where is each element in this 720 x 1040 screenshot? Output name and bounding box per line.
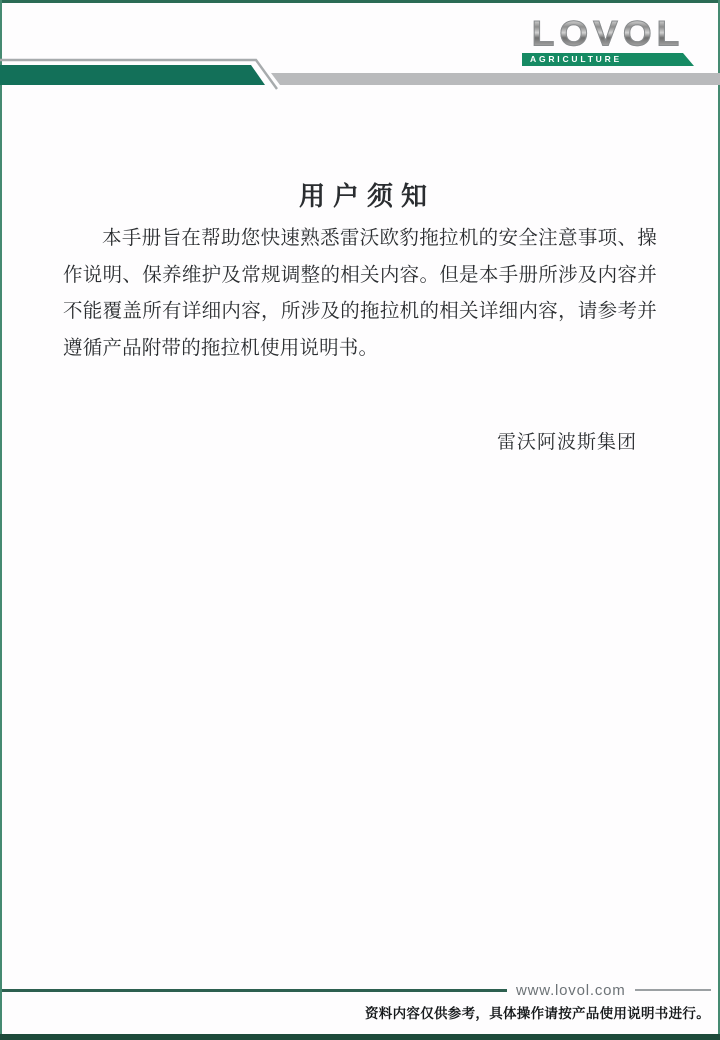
page-title: 用户须知 bbox=[0, 176, 720, 213]
divider-silver-stripe bbox=[271, 73, 720, 85]
notice-paragraph: 本手册旨在帮助您快速熟悉雷沃欧豹拖拉机的安全注意事项、操作说明、保养维护及常规调… bbox=[63, 221, 657, 367]
left-border-line bbox=[0, 0, 2, 1040]
lovol-wordmark: LOVOL bbox=[522, 18, 694, 50]
footer-rule-green-segment bbox=[2, 989, 507, 992]
footer-rule-gray-segment bbox=[635, 989, 711, 991]
divider-green-stripe bbox=[0, 65, 265, 85]
manual-page: LOVOL AGRICULTURE 用户须知 本手册旨在帮助您快速熟悉雷沃欧豹拖… bbox=[0, 0, 720, 1040]
bottom-bar bbox=[0, 1034, 720, 1040]
footer-rule: www.lovol.com bbox=[2, 982, 715, 998]
header-divider-swoosh bbox=[0, 52, 720, 92]
top-border-line bbox=[0, 0, 720, 3]
disclaimer-text: 资料内容仅供参考，具体操作请按产品使用说明书进行。 bbox=[365, 1002, 710, 1022]
website-link[interactable]: www.lovol.com bbox=[516, 982, 626, 999]
signature: 雷沃阿波斯集团 bbox=[497, 427, 637, 454]
